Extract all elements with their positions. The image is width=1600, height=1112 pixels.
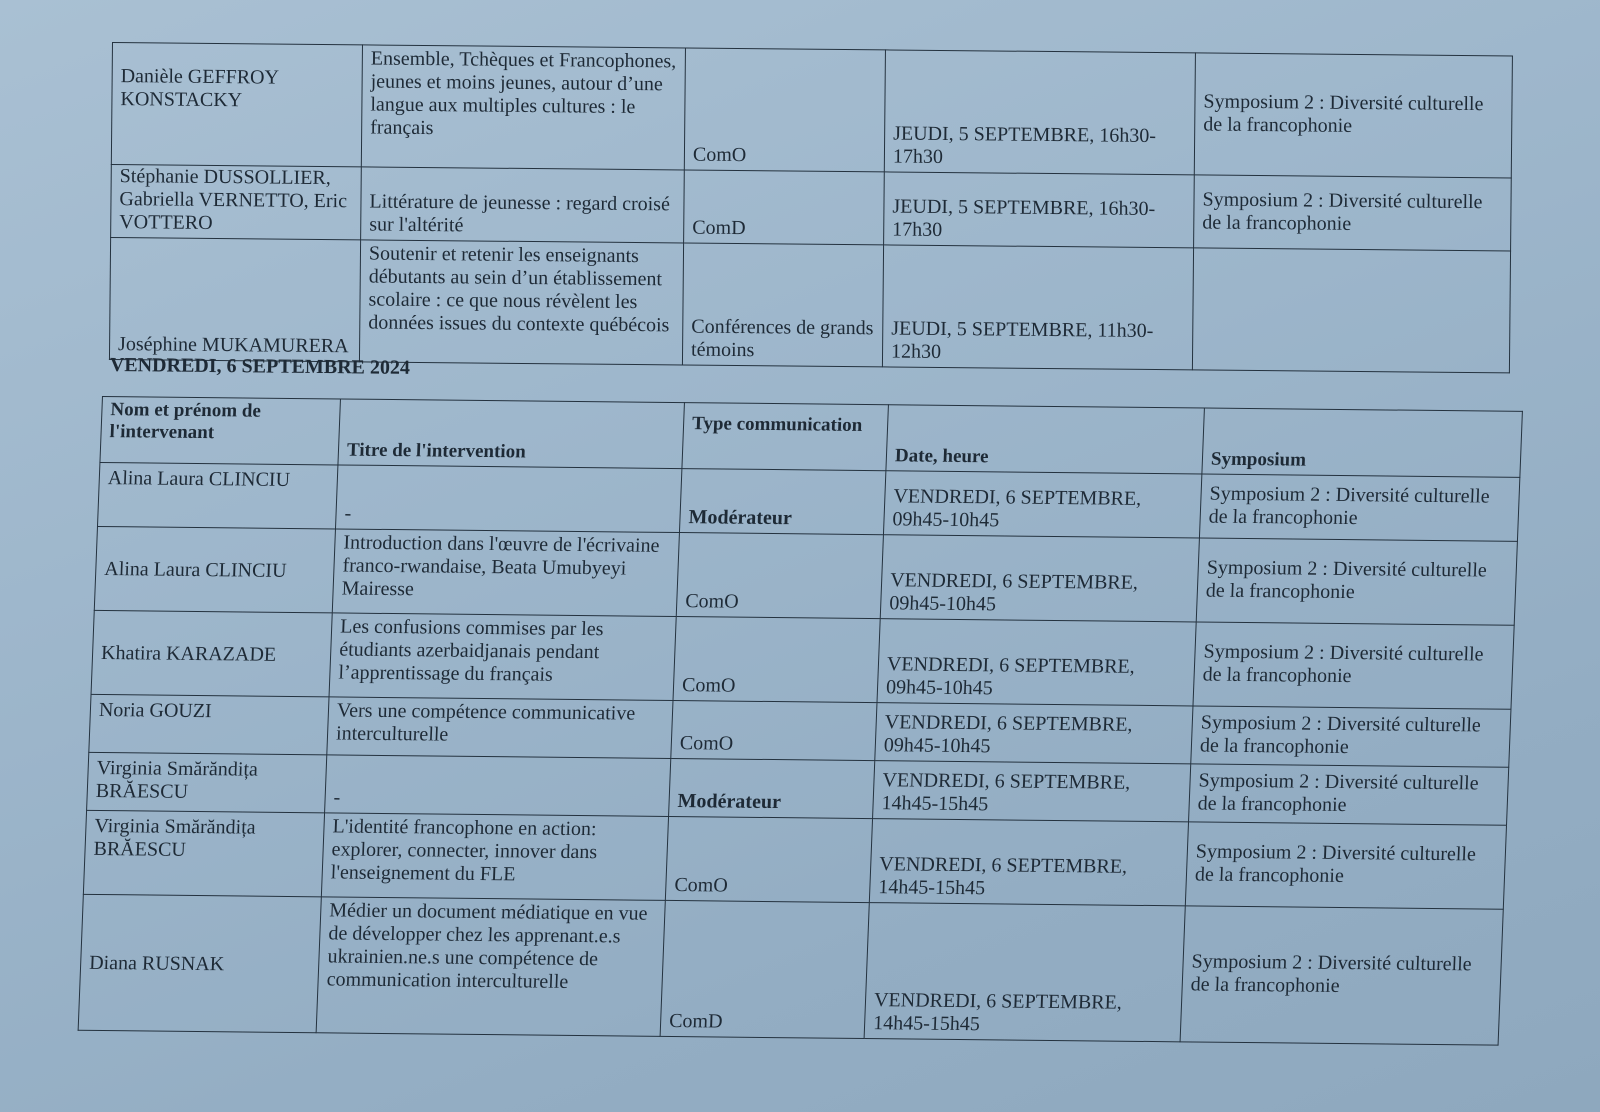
date-time: JEUDI, 5 SEPTEMBRE, 11h30-12h30 <box>882 245 1193 370</box>
symposium: Symposium 2 : Diversité culturelle de la… <box>1185 822 1506 909</box>
symposium: Symposium 2 : Diversité culturelle de la… <box>1194 53 1512 178</box>
communication-type: ComO <box>684 48 885 172</box>
communication-type: ComO <box>676 533 883 619</box>
talk-title: - <box>335 465 681 533</box>
column-header-type: Type communication <box>682 403 889 471</box>
date-time: VENDREDI, 6 SEPTEMBRE, 14h45-15h45 <box>869 819 1188 906</box>
communication-type: Modérateur <box>669 758 875 818</box>
speaker-name: Diana RUSNAK <box>78 894 321 1032</box>
day-heading: VENDREDI, 6 SEPTEMBRE 2024 <box>110 354 410 380</box>
speaker-name: Stéphanie DUSSOLLIER, Gabriella VERNETTO… <box>111 164 362 239</box>
table-row: Khatira KARAZADE Les confusions commises… <box>91 610 1514 709</box>
communication-type: Conférences de grands témoins <box>682 243 883 367</box>
talk-title: Ensemble, Tchèques et Francophones, jeun… <box>361 45 685 170</box>
talk-title: Littérature de jeunesse : regard croisé … <box>361 167 685 243</box>
date-time: VENDREDI, 6 SEPTEMBRE, 09h45-10h45 <box>883 471 1201 538</box>
date-time: VENDREDI, 6 SEPTEMBRE, 14h45-15h45 <box>864 903 1185 1042</box>
speaker-name: Noria GOUZI <box>89 694 329 754</box>
table-row: Joséphine MUKAMURERA Soutenir et retenir… <box>109 237 1510 372</box>
date-time: VENDREDI, 6 SEPTEMBRE, 09h45-10h45 <box>880 535 1199 622</box>
talk-title: Médier un document médiatique en vue de … <box>316 897 665 1037</box>
column-header-date: Date, heure <box>886 405 1205 474</box>
column-header-symposium: Symposium <box>1202 408 1523 477</box>
talk-title: Introduction dans l'œuvre de l'écrivaine… <box>332 529 679 617</box>
document-page: Danièle GEFFROY KONSTACKY Ensemble, Tchè… <box>0 0 1600 1112</box>
column-header-title: Titre de l'intervention <box>338 399 685 469</box>
date-time: VENDREDI, 6 SEPTEMBRE, 09h45-10h45 <box>875 703 1193 764</box>
symposium: Symposium 2 : Diversité culturelle de la… <box>1180 906 1503 1045</box>
communication-type: ComD <box>684 170 885 245</box>
table-row: Danièle GEFFROY KONSTACKY Ensemble, Tchè… <box>111 43 1512 178</box>
table-row: Virginia Smărăndița BRĂESCU L'identité f… <box>83 810 1506 909</box>
symposium: Symposium 2 : Diversité culturelle de la… <box>1199 474 1519 541</box>
symposium: Symposium 2 : Diversité culturelle de la… <box>1194 175 1512 251</box>
symposium: Symposium 2 : Diversité culturelle de la… <box>1196 538 1517 625</box>
talk-title: Vers une compétence communicative interc… <box>327 697 673 759</box>
speaker-name: Alina Laura CLINCIU <box>97 462 337 528</box>
talk-title: Les confusions commises par les étudiant… <box>329 613 676 701</box>
communication-type: Modérateur <box>679 469 885 535</box>
symposium: Symposium 2 : Diversité culturelle de la… <box>1193 622 1514 709</box>
communication-type: ComD <box>660 900 869 1038</box>
symposium: Symposium 2 : Diversité culturelle de la… <box>1191 706 1511 767</box>
date-time: JEUDI, 5 SEPTEMBRE, 16h30-17h30 <box>884 50 1195 175</box>
speaker-name: Virginia Smărăndița BRĂESCU <box>83 810 324 896</box>
column-header-name: Nom et prénom de l'intervenant <box>100 397 341 465</box>
speaker-name: Joséphine MUKAMURERA <box>109 237 360 361</box>
table-row: Alina Laura CLINCIU Introduction dans l'… <box>94 526 1517 625</box>
schedule-table-friday: Nom et prénom de l'intervenant Titre de … <box>78 396 1523 1046</box>
date-time: JEUDI, 5 SEPTEMBRE, 16h30-17h30 <box>884 172 1195 248</box>
date-time: VENDREDI, 6 SEPTEMBRE, 09h45-10h45 <box>877 619 1196 706</box>
table-row: Diana RUSNAK Médier un document médiatiq… <box>78 894 1503 1045</box>
talk-title: - <box>325 755 671 817</box>
speaker-name: Virginia Smărăndița BRĂESCU <box>87 752 327 812</box>
schedule-table-thursday: Danièle GEFFROY KONSTACKY Ensemble, Tchè… <box>109 42 1513 373</box>
speaker-name: Danièle GEFFROY KONSTACKY <box>111 43 362 167</box>
speaker-name: Alina Laura CLINCIU <box>94 526 335 612</box>
speaker-name: Khatira KARAZADE <box>91 610 332 696</box>
talk-title: L'identité francophone en action: explor… <box>321 813 668 901</box>
table-row: Stéphanie DUSSOLLIER, Gabriella VERNETTO… <box>111 164 1512 250</box>
talk-title: Soutenir et retenir les enseignants débu… <box>359 240 683 365</box>
communication-type: ComO <box>665 816 872 902</box>
communication-type: ComO <box>673 617 880 703</box>
date-time: VENDREDI, 6 SEPTEMBRE, 14h45-15h45 <box>873 761 1191 822</box>
symposium <box>1192 248 1510 373</box>
communication-type: ComO <box>671 700 877 760</box>
symposium: Symposium 2 : Diversité culturelle de la… <box>1189 764 1509 825</box>
